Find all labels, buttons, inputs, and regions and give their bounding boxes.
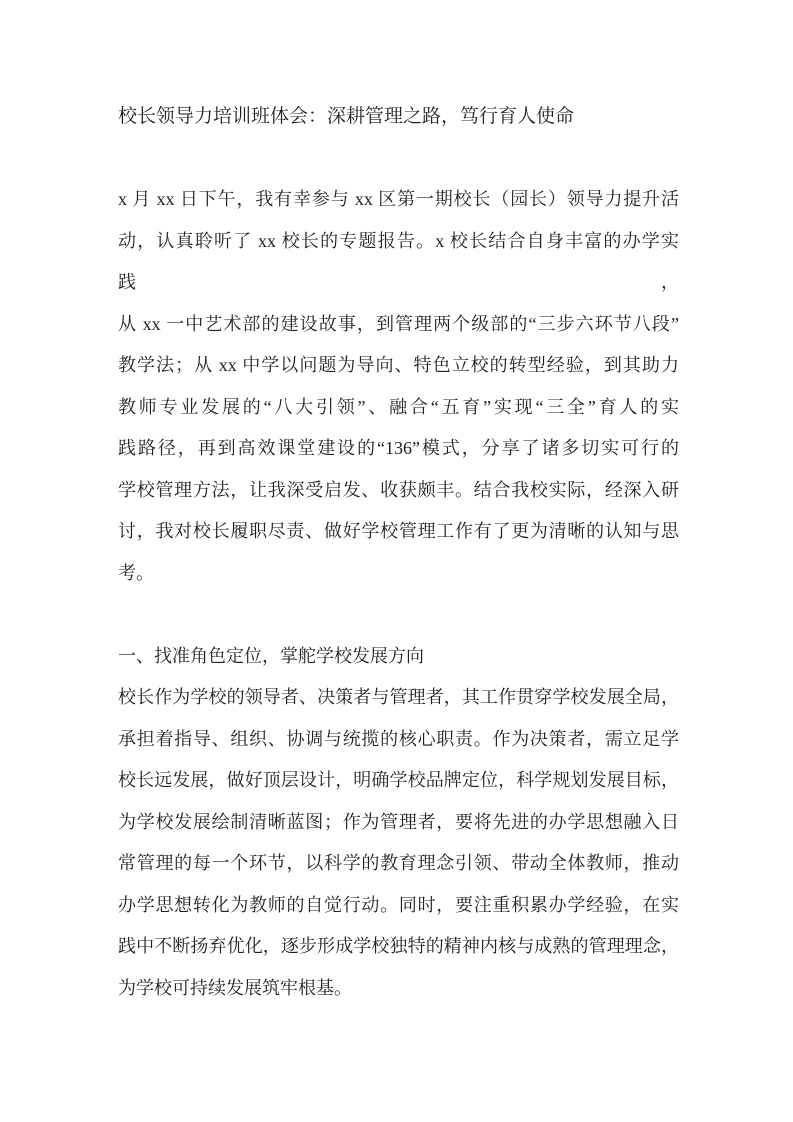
text-line: 为学校发展绘制清晰蓝图；作为管理者，要将先进的办学思想融入日	[118, 802, 679, 844]
text-line: 学校管理方法，让我深受启发、收获颇丰。结合我校实际，经深入研	[118, 470, 679, 512]
text-line: 常管理的每一个环节，以科学的教育理念引领、带动全体教师，推动	[118, 843, 679, 885]
document-body: 校长领导力培训班体会：深耕管理之路，笃行育人使命 x 月 xx 日下午，我有幸参…	[118, 96, 679, 1009]
text-line: 为学校可持续发展筑牢根基。	[118, 968, 679, 1010]
blank-line	[118, 594, 679, 636]
text-line: x 月 xx 日下午，我有幸参与 xx 区第一期校长（园长）领导力提升活	[118, 179, 679, 221]
text-line: 办学思想转化为教师的自觉行动。同时，要注重积累办学经验，在实	[118, 885, 679, 927]
text-line: 动，认真聆听了 xx 校长的专题报告。x 校长结合自身丰富的办学实践，	[118, 221, 679, 304]
text-line: 教学法；从 xx 中学以问题为导向、特色立校的转型经验，到其助力	[118, 345, 679, 387]
text-line: 践中不断扬弃优化，逐步形成学校独特的精神内核与成熟的管理理念，	[118, 926, 679, 968]
blank-line	[118, 138, 679, 180]
text-line: 讨，我对校长履职尽责、做好学校管理工作有了更为清晰的认知与思	[118, 511, 679, 553]
document-page: 校长领导力培训班体会：深耕管理之路，笃行育人使命 x 月 xx 日下午，我有幸参…	[0, 0, 793, 1122]
text-line: 校长远发展，做好顶层设计，明确学校品牌定位，科学规划发展目标，	[118, 760, 679, 802]
text-line: 教师专业发展的“八大引领”、融合“五育”实现“三全”育人的实	[118, 387, 679, 429]
document-title: 校长领导力培训班体会：深耕管理之路，笃行育人使命	[118, 96, 679, 138]
intro-paragraph: x 月 xx 日下午，我有幸参与 xx 区第一期校长（园长）领导力提升活动，认真…	[118, 179, 679, 594]
section1-paragraph: 校长作为学校的领导者、决策者与管理者，其工作贯穿学校发展全局，承担着指导、组织、…	[118, 677, 679, 1009]
text-line: 从 xx 一中艺术部的建设故事，到管理两个级部的“三步六环节八段”	[118, 304, 679, 346]
text-line: 承担着指导、组织、协调与统揽的核心职责。作为决策者，需立足学	[118, 719, 679, 761]
text-line: 考。	[118, 553, 679, 595]
text-line: 校长作为学校的领导者、决策者与管理者，其工作贯穿学校发展全局，	[118, 677, 679, 719]
section1-heading: 一、找准角色定位，掌舵学校发展方向	[118, 636, 679, 678]
text-line: 践路径，再到高效课堂建设的“136”模式，分享了诸多切实可行的	[118, 428, 679, 470]
